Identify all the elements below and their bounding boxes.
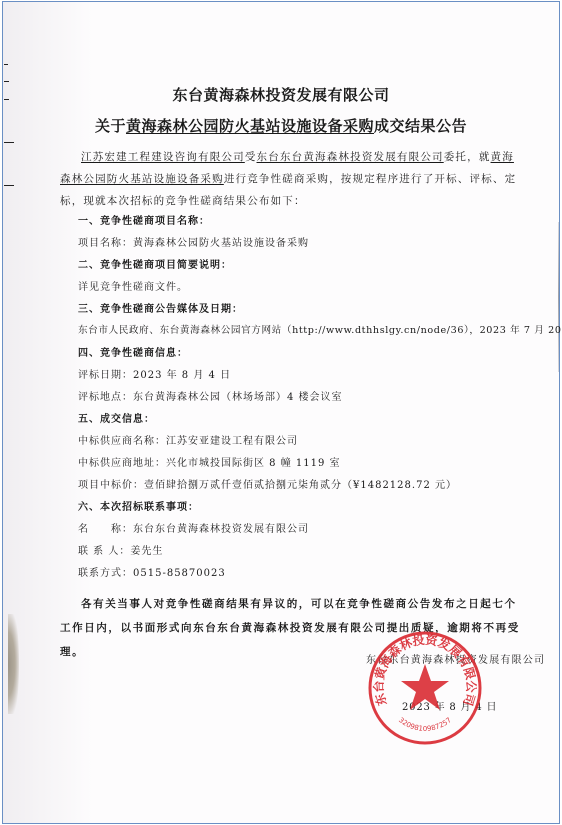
supplier-address-line: 中标供应商地址：兴化市城投国际街区 8 幢 1119 室 — [78, 454, 341, 469]
signature-date: 2023 年 8 月 4 日 — [402, 698, 497, 713]
notice-title-prefix: 关于 — [95, 117, 126, 135]
intro-text: 委托，就 — [444, 151, 491, 163]
contact-person-line: 联 系 人：姜先生 — [78, 542, 163, 557]
intro-text: 受 — [245, 151, 257, 163]
winning-supplier-line: 中标供应商名称：江苏安亚建设工程有限公司 — [78, 432, 298, 447]
edge-mark — [4, 64, 8, 65]
section-heading-2: 二、竞争性磋商项目简要说明： — [78, 256, 232, 271]
client-name: 东台东台黄海森林投资发展有限公司 — [257, 151, 444, 163]
notice-title-project: 黄海森林公园防火基站设施设备采购 — [126, 117, 374, 135]
section-heading-4: 四、竞争性磋商信息： — [78, 344, 188, 359]
contact-name-line: 名 称：东台东台黄海森林投资发展有限公司 — [78, 520, 309, 535]
project-summary-line: 详见竞争性磋商文件。 — [78, 278, 188, 293]
project-name-line: 项目名称：黄海森林公园防火基站设施设备采购 — [78, 234, 309, 249]
section-heading-3: 三、竞争性磋商公告媒体及日期： — [78, 300, 243, 315]
section-heading-5: 五、成交信息： — [78, 410, 155, 425]
edge-mark — [4, 142, 14, 143]
organization-title: 东台黄海森林投资发展有限公司 — [0, 84, 562, 105]
intro-paragraph: 江苏宏建工程建设咨询有限公司受东台东台黄海森林投资发展有限公司委托，就黄海森林公… — [60, 146, 520, 212]
announcement-media-line: 东台市人民政府、东台黄海森林公园官方网站（http://www.dthhslgy… — [78, 322, 562, 336]
edge-mark — [4, 185, 14, 186]
notice-title-suffix: 成交结果公告 — [374, 117, 467, 135]
evaluation-location-line: 评标地点：东台黄海森林公园（林场场部）4 楼会议室 — [78, 388, 343, 403]
agent-name: 江苏宏建工程建设咨询有限公司 — [81, 151, 245, 163]
contact-phone-line: 联系方式：0515-85870023 — [78, 564, 226, 579]
winning-price-line: 项目中标价：壹佰肆拾捌万贰仟壹佰贰拾捌元柒角贰分（¥1482128.72 元） — [78, 476, 457, 491]
section-heading-6: 六、本次招标联系事项： — [78, 498, 199, 513]
scan-edge-shadow — [558, 222, 560, 372]
notice-title: 关于黄海森林公园防火基站设施设备采购成交结果公告 — [0, 115, 562, 136]
section-heading-1: 一、竞争性磋商项目名称： — [78, 212, 210, 227]
scan-smudge — [8, 614, 19, 714]
evaluation-date-line: 评标日期：2023 年 8 月 4 日 — [78, 366, 231, 381]
edge-mark — [4, 81, 9, 82]
signature-company: 东台东台黄海森林投资发展有限公司 — [366, 651, 545, 666]
